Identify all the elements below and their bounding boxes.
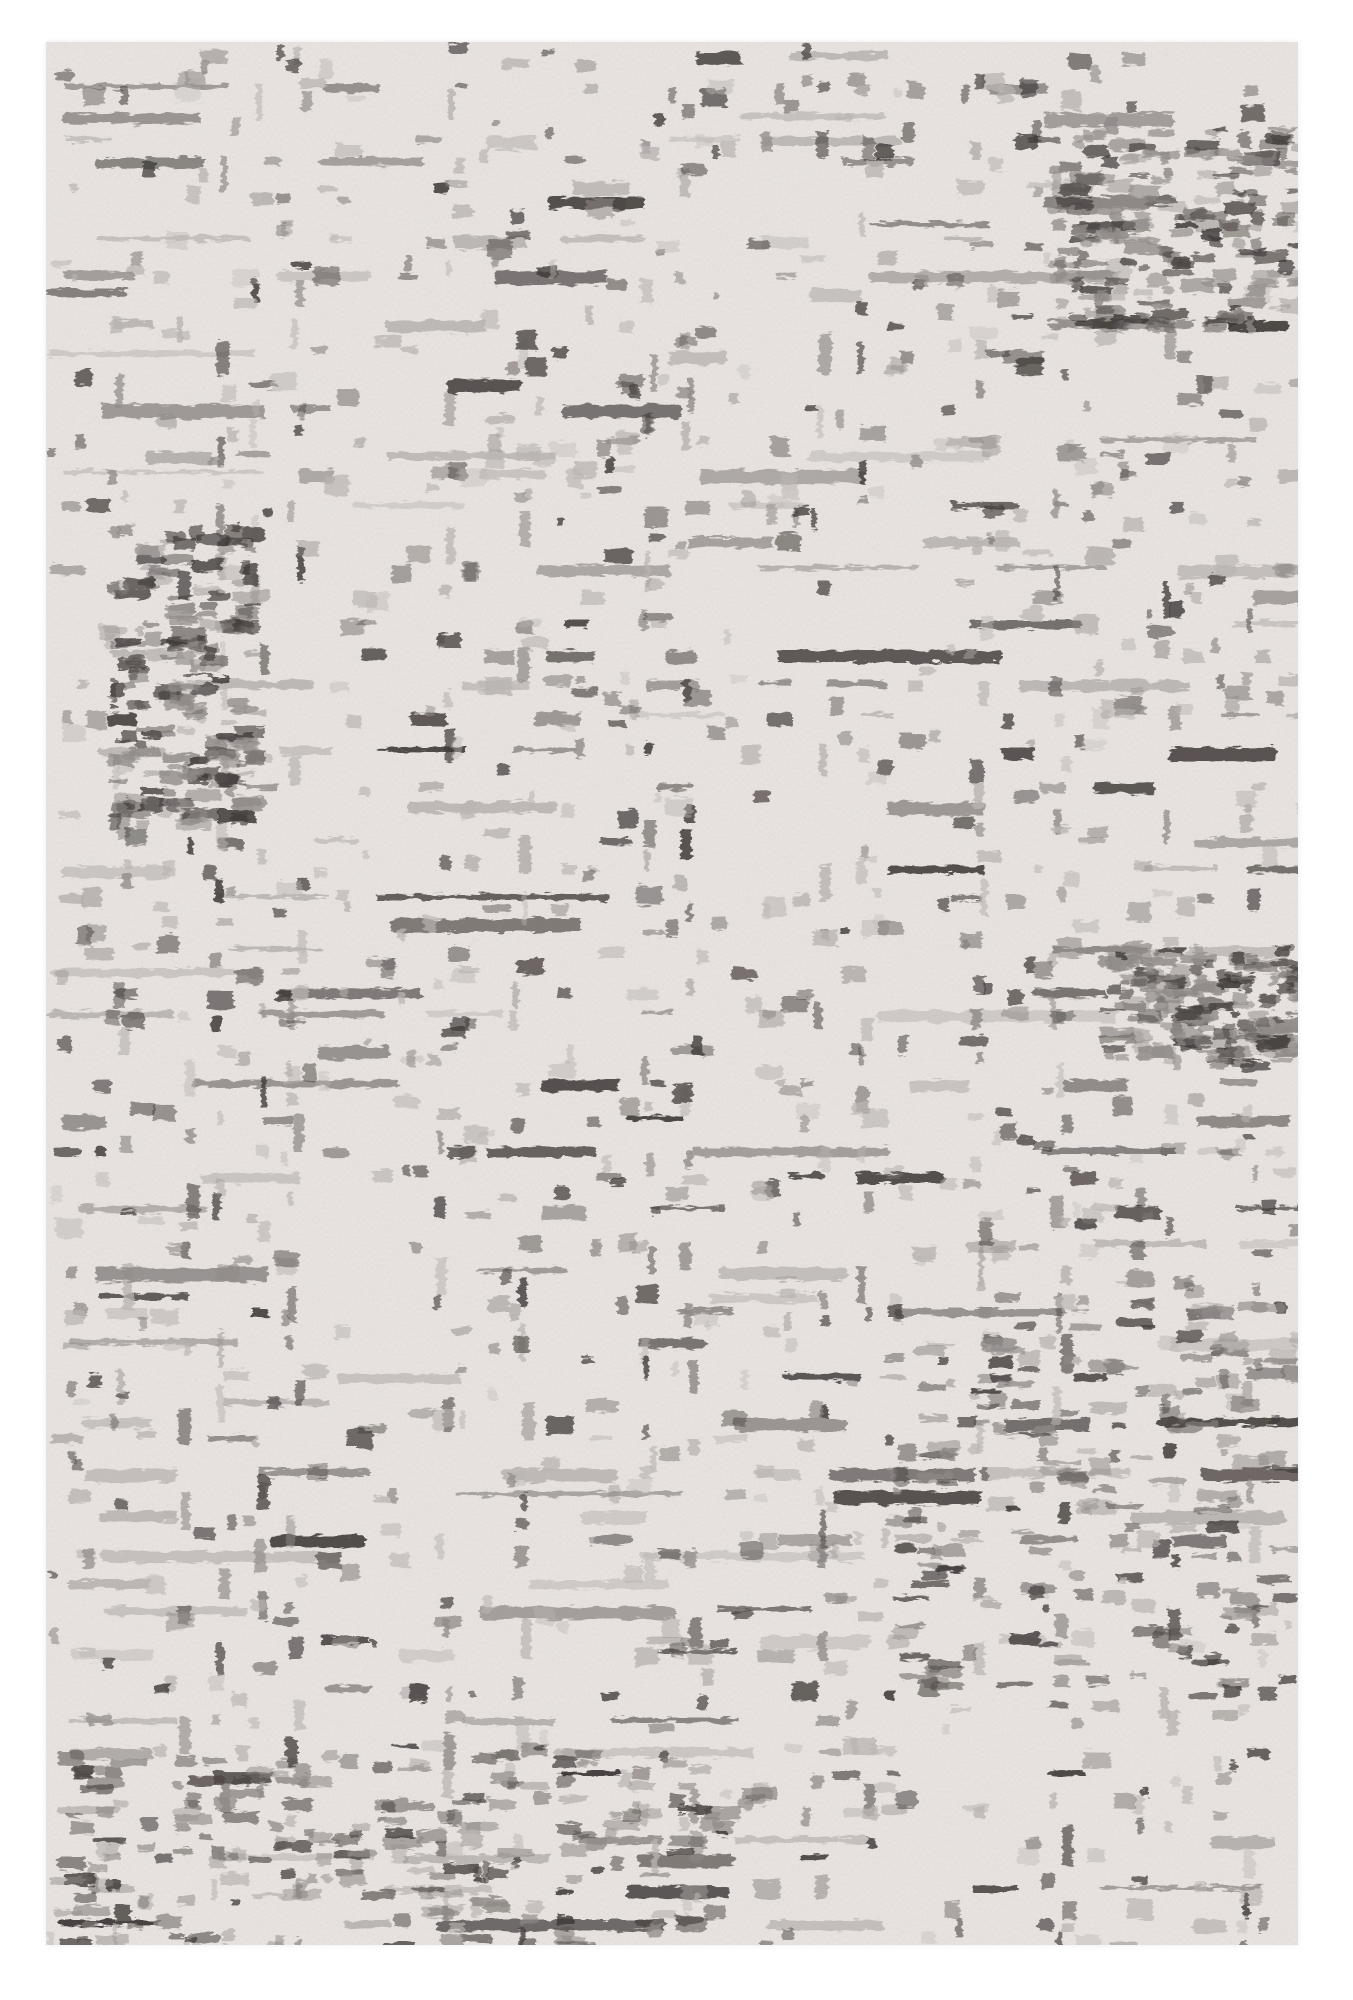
product-photo: Ivory/cream pile rug with abstract distr…: [0, 0, 1353, 2000]
rug: Ivory/cream pile rug with abstract distr…: [46, 42, 1298, 1945]
rug-pattern: [46, 42, 1298, 1945]
